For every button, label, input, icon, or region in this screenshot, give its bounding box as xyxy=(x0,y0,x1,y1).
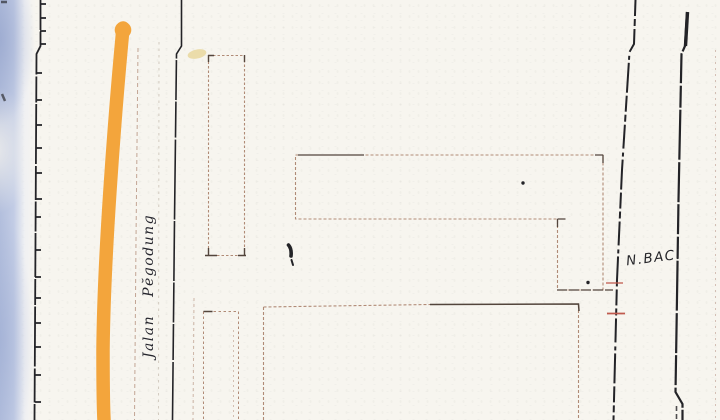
right-road-lines xyxy=(606,0,716,420)
scan-specks xyxy=(1,2,7,101)
plot-outline-lower-narrow xyxy=(204,312,239,420)
survey-dot-2 xyxy=(586,281,589,284)
right-road-line-inner xyxy=(614,0,636,420)
survey-line-with-ticks xyxy=(1,0,46,420)
survey-line xyxy=(35,0,41,420)
street-edge-faint-left xyxy=(135,48,139,420)
street-edge-dark xyxy=(173,0,182,420)
right-road-line-outer xyxy=(676,12,688,420)
street-name-label: Jalan Pĕgodung xyxy=(141,214,157,358)
lower-plot-dark-top xyxy=(430,304,579,311)
street-edge-faint-right xyxy=(193,298,194,420)
survey-dot-1 xyxy=(521,181,524,184)
street-edge-faint-center xyxy=(159,42,160,420)
ink-blot-mark xyxy=(289,245,294,265)
highlight-marker-line xyxy=(103,22,131,420)
plan-drawing xyxy=(0,0,720,420)
band-dark-corners xyxy=(558,155,604,227)
plot-corner-marks xyxy=(205,55,246,256)
right-road-line-outer-top-bold xyxy=(686,12,688,46)
scanned-site-plan: Jalan Pĕgodung N.BAC. xyxy=(0,0,720,420)
building-outline-L-shape xyxy=(296,155,614,290)
highlight-marker-stroke xyxy=(103,28,123,420)
paper-stain xyxy=(187,48,207,61)
plot-outline-lower-large xyxy=(264,304,580,420)
plot-outline-upper-narrow xyxy=(205,55,246,256)
